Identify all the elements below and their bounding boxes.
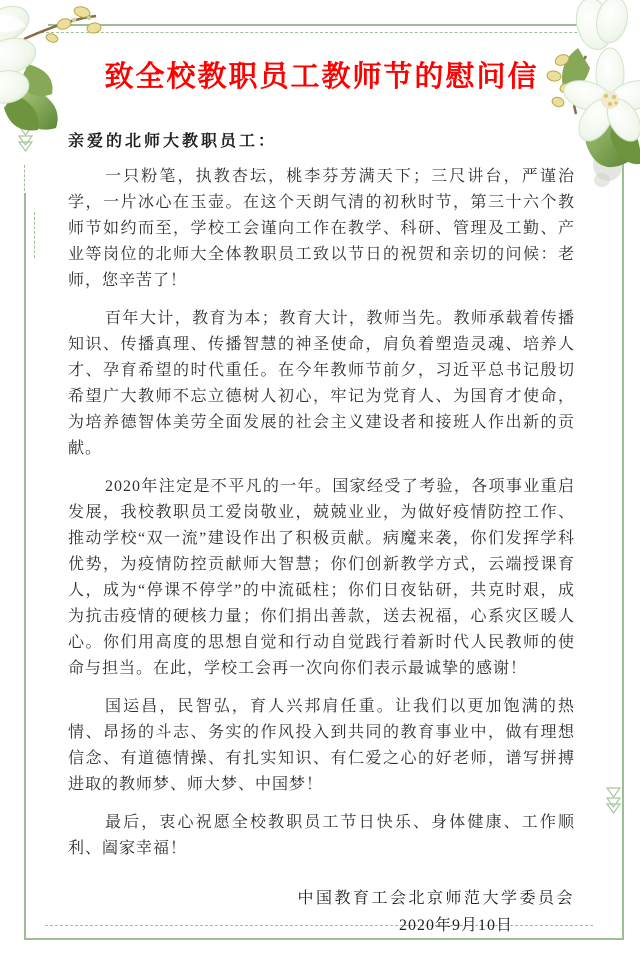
letter-signature: 中国教育工会北京师范大学委员会 (68, 886, 575, 912)
letter-paragraph-1: 一只粉笔，执教杏坛，桃李芬芳满天下；三尺讲台，严谨治学，一片冰心在玉壶。在这个天… (68, 164, 575, 294)
left-border-line (24, 193, 26, 939)
signature-block: 中国教育工会北京师范大学委员会 2020年9月10日 (68, 886, 575, 940)
magnolia-illustration-top-left (0, 0, 120, 136)
triangle-ornament-right-icon (605, 786, 622, 820)
letter-paragraph-4: 国运昌，民智弘，育人兴邦肩任重。让我们以更加饱满的热情、昂扬的斗志、务实的作风投… (68, 694, 575, 798)
letter-salutation: 亲爱的北师大教职员工： (68, 130, 575, 154)
document-page: 致全校教职员工教师节的慰问信 亲爱的北师大教职员工： 一只粉笔，执教杏坛，桃李芬… (0, 0, 640, 960)
left-border-dashes (24, 165, 25, 191)
letter-content: 致全校教职员工教师节的慰问信 亲爱的北师大教职员工： 一只粉笔，执教杏坛，桃李芬… (68, 0, 575, 940)
right-border-line (622, 94, 624, 940)
letter-title: 致全校教职员工教师节的慰问信 (68, 58, 575, 96)
letter-paragraph-2: 百年大计，教育为本；教育大计，教师当先。教师承载着传播知识、传播真理、传播智慧的… (68, 306, 575, 462)
letter-paragraph-3: 2020年注定是不平凡的一年。国家经受了考验，各项事业重启发展，我校教职员工爱岗… (68, 474, 575, 682)
left-border-side-dashes (34, 212, 35, 258)
letter-date: 2020年9月10日 (68, 912, 575, 940)
magnolia-illustration-top-right (536, 0, 640, 188)
letter-paragraph-5: 最后，衷心祝愿全校教职员工节日快乐、身体健康、工作顺利、阖家幸福！ (68, 810, 575, 862)
